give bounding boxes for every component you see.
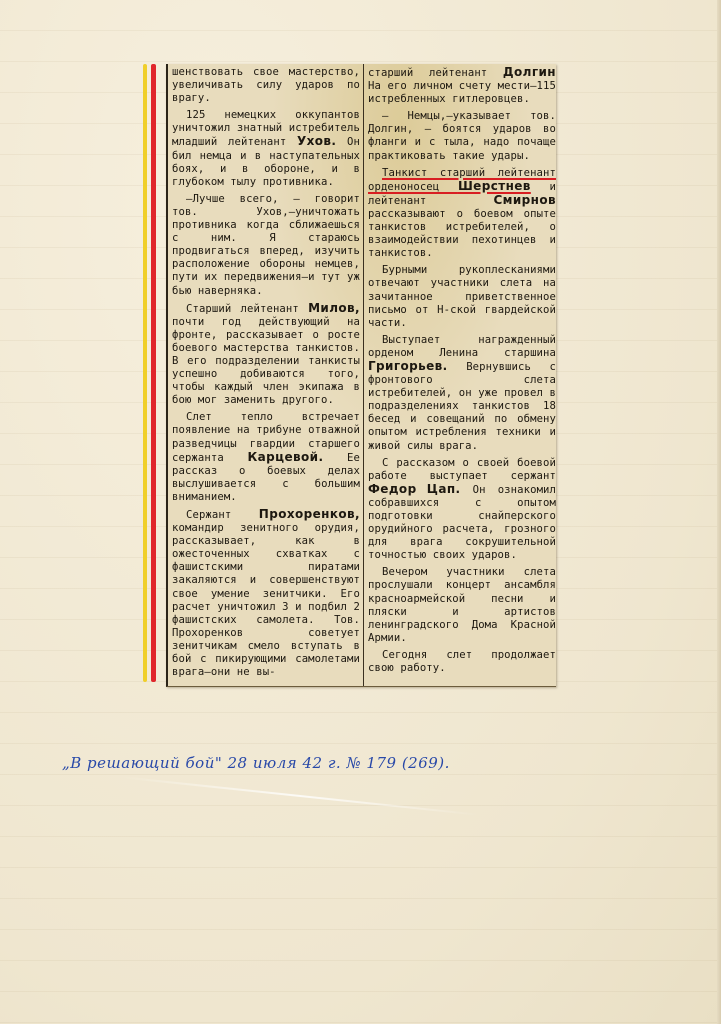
- person-name: Ухов.: [297, 134, 336, 148]
- paragraph-text: рассказывают о боевом опыте танкистов ис…: [368, 208, 556, 259]
- paragraph-text: Вернувшись с фронтового слета истребител…: [368, 361, 556, 452]
- underlined-text: Танкист старший лейтенант орденоносец Ше…: [368, 167, 556, 193]
- paragraph: — Немцы,—указывает тов. Долгин, — боятся…: [368, 110, 556, 162]
- paragraph-text: Старший лейтенант: [186, 303, 308, 315]
- paragraph-text: почти год действующий на фронте, рассказ…: [172, 316, 360, 407]
- paragraph: Бурными рукоплесканиями отвечают участни…: [368, 264, 556, 329]
- paragraph: Сегодня слет продолжает свою работу.: [368, 649, 556, 675]
- paragraph: Старший лейтенант Милов, почти год дейст…: [172, 302, 360, 408]
- clipping-left-column: шенствовать свое мастерство, увеличивать…: [172, 66, 360, 683]
- paper-crease: [121, 776, 479, 816]
- column-divider: [363, 64, 364, 686]
- paragraph-text: командир зенитного орудия, рассказывает,…: [172, 522, 360, 678]
- margin-rule-yellow: [143, 64, 147, 682]
- paragraph-text: Сержант: [186, 509, 259, 521]
- margin-rule-red: [151, 64, 156, 682]
- paragraph: шенствовать свое мастерство, увеличивать…: [172, 66, 360, 105]
- person-name: Григорьев.: [368, 359, 448, 373]
- paragraph-text: С рассказом о своей боевой работе выступ…: [368, 457, 556, 482]
- paragraph: старший лейтенант Долгин На его личном с…: [368, 66, 556, 106]
- person-name: Смирнов: [493, 193, 556, 207]
- paragraph: Слет тепло встречает появление на трибун…: [172, 411, 360, 504]
- handwritten-source-note: „В решающий бой" 28 июля 42 г. № 179 (26…: [62, 754, 450, 772]
- person-name: Федор Цап.: [368, 482, 460, 496]
- person-name: Карцевой.: [247, 450, 323, 464]
- page-edge: [717, 0, 721, 1024]
- person-name: Прохоренков,: [259, 507, 360, 521]
- paragraph: С рассказом о своей боевой работе выступ…: [368, 457, 556, 563]
- person-name: Шерстнев: [458, 179, 531, 193]
- paragraph-text: На его личном счету мести—115 истребленн…: [368, 80, 556, 105]
- paragraph-text: Выступает награжденный орденом Ленина ст…: [368, 334, 556, 359]
- paragraph: Вечером участники слета прослушали конце…: [368, 566, 556, 645]
- paragraph: Танкист старший лейтенант орденоносец Ше…: [368, 167, 556, 261]
- person-name: Милов,: [308, 301, 360, 315]
- paragraph: Выступает награжденный орденом Ленина ст…: [368, 334, 556, 453]
- newspaper-clipping: шенствовать свое мастерство, увеличивать…: [166, 64, 556, 687]
- paragraph: —Лучше всего, — говорит тов. Ухов,—уничт…: [172, 193, 360, 298]
- clipping-right-column: старший лейтенант Долгин На его личном с…: [368, 66, 556, 679]
- person-name: Долгин: [503, 65, 556, 79]
- paragraph: Сержант Прохоренков, командир зенитного …: [172, 508, 360, 679]
- paragraph: 125 немецких оккупантов уничтожил знатны…: [172, 109, 360, 189]
- paragraph-text: старший лейтенант: [368, 67, 503, 79]
